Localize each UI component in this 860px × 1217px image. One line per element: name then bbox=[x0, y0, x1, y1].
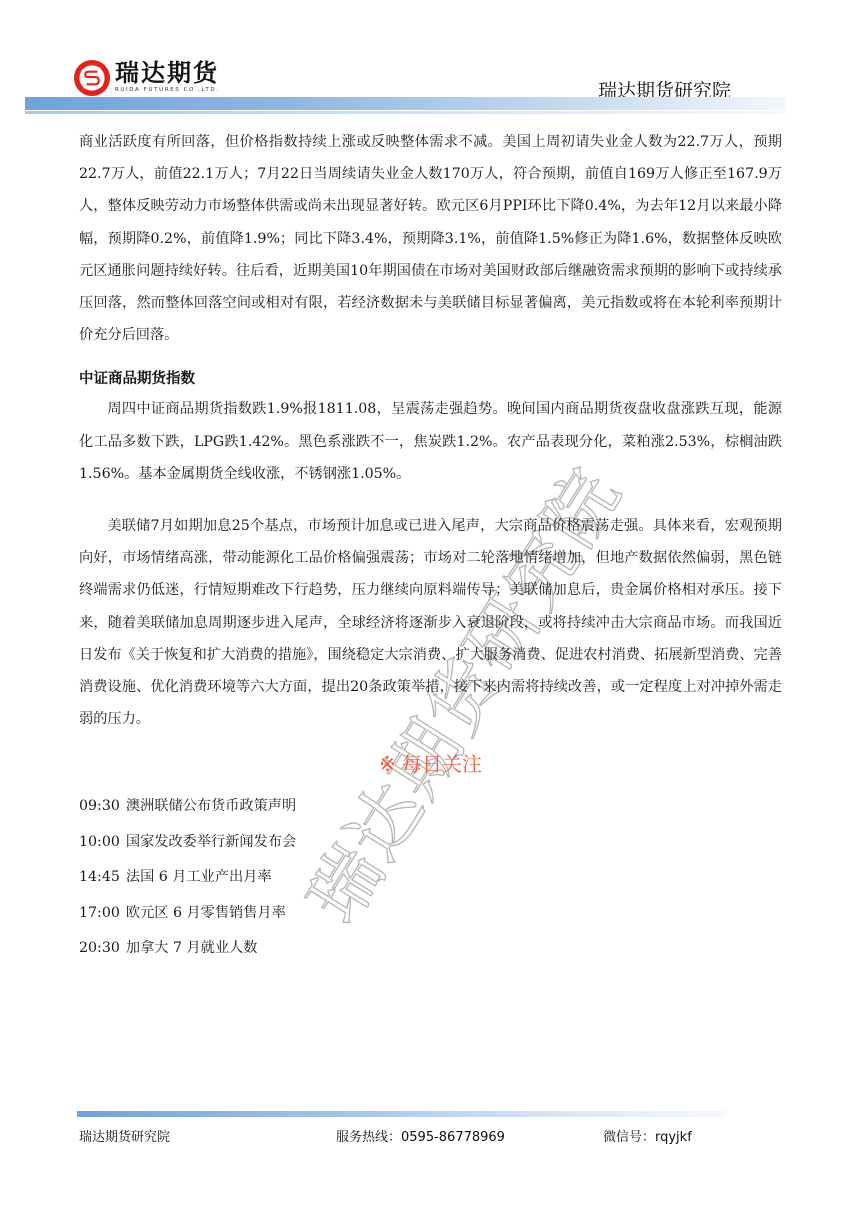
daily-focus-title: ※ 每日关注 bbox=[79, 749, 782, 779]
event-text: 法国 6 月工业产出月率 bbox=[126, 869, 272, 885]
footer-org: 瑞达期货研究院 bbox=[79, 1126, 170, 1145]
event-text: 澳洲联储公布货币政策声明 bbox=[126, 798, 296, 814]
event-time: 09:30 bbox=[79, 798, 120, 814]
logo-subtitle: RUIDA FUTURES CO.,LTD. bbox=[115, 87, 220, 93]
page-header: 瑞达期货 RUIDA FUTURES CO.,LTD. 瑞达期货研究院 bbox=[0, 0, 860, 120]
event-item: 14:45法国 6 月工业产出月率 bbox=[79, 860, 782, 896]
footer-wechat: 微信号：rqyjkf bbox=[603, 1126, 692, 1145]
macro-paragraph: 商业活跃度有所回落，但价格指数持续上涨或反映整体需求不减。美国上周初请失业金人数… bbox=[79, 126, 782, 351]
event-time: 20:30 bbox=[79, 940, 120, 956]
outlook-paragraph: 美联储7月如期加息25个基点，市场预计加息或已进入尾声，大宗商品价格震荡走强。具… bbox=[79, 510, 782, 735]
event-item: 09:30澳洲联储公布货币政策声明 bbox=[79, 789, 782, 825]
footer-hotline: 服务热线：0595-86778969 bbox=[336, 1126, 505, 1145]
daily-focus-list: 09:30澳洲联储公布货币政策声明 10:00国家发改委举行新闻发布会 14:4… bbox=[79, 789, 782, 967]
ruida-logo-icon bbox=[74, 60, 110, 96]
event-item: 20:30加拿大 7 月就业人数 bbox=[79, 931, 782, 967]
event-time: 17:00 bbox=[79, 905, 120, 921]
event-item: 10:00国家发改委举行新闻发布会 bbox=[79, 825, 782, 861]
company-logo: 瑞达期货 RUIDA FUTURES CO.,LTD. bbox=[74, 60, 220, 96]
event-text: 国家发改委举行新闻发布会 bbox=[126, 834, 296, 850]
footer-divider-band bbox=[77, 1111, 727, 1117]
event-text: 加拿大 7 月就业人数 bbox=[126, 940, 258, 956]
event-time: 10:00 bbox=[79, 834, 120, 850]
header-divider-line bbox=[25, 111, 785, 114]
commodity-index-paragraph: 周四中证商品期货指数跌1.9%报1811.08，呈震荡走强趋势。晚间国内商品期货… bbox=[79, 393, 782, 490]
event-time: 14:45 bbox=[79, 869, 120, 885]
report-body: 商业活跃度有所回落，但价格指数持续上涨或反映整体需求不减。美国上周初请失业金人数… bbox=[79, 126, 782, 967]
event-item: 17:00欧元区 6 月零售销售月率 bbox=[79, 896, 782, 932]
logo-name: 瑞达期货 bbox=[115, 60, 220, 86]
section-title-csi-commodity: 中证商品期货指数 bbox=[79, 365, 782, 393]
event-text: 欧元区 6 月零售销售月率 bbox=[126, 905, 286, 921]
header-divider-band bbox=[25, 97, 785, 110]
